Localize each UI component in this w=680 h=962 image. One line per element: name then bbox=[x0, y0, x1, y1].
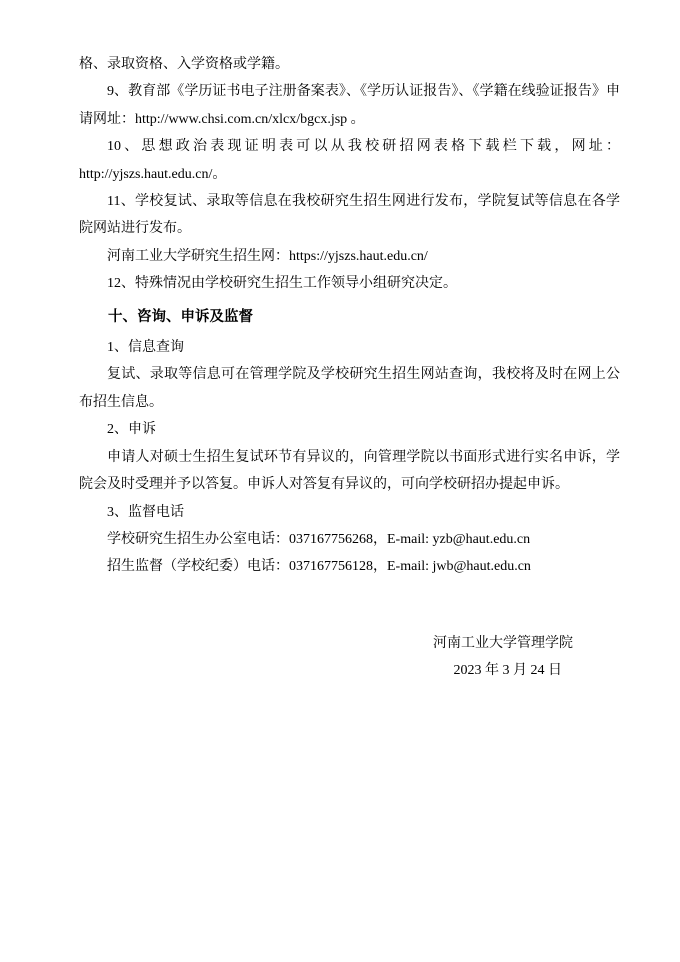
paragraph-info-query-body: 复试、录取等信息可在管理学院及学校研究生招生网站查询，我校将及时在网上公布招生信… bbox=[79, 361, 620, 416]
paragraph-item-10: 10、思想政治表现证明表可以从我校研招网表格下载栏下载，网址：http://yj… bbox=[79, 133, 620, 188]
paragraph-appeal-title: 2、申诉 bbox=[79, 416, 620, 443]
document-body: 格、录取资格、入学资格或学籍。 9、教育部《学历证书电子注册备案表》、《学历认证… bbox=[0, 0, 680, 685]
paragraph-item-11: 11、学校复试、录取等信息在我校研究生招生网进行发布，学院复试等信息在各学院网站… bbox=[79, 188, 620, 243]
paragraph-item-12: 12、特殊情况由学校研究生招生工作领导小组研究决定。 bbox=[79, 270, 620, 297]
document-page: 格、录取资格、入学资格或学籍。 9、教育部《学历证书电子注册备案表》、《学历认证… bbox=[0, 0, 680, 962]
paragraph-appeal-body: 申请人对硕士生招生复试环节有异议的，向管理学院以书面形式进行实名申诉，学院会及时… bbox=[79, 444, 620, 499]
paragraph-supervision-title: 3、监督电话 bbox=[79, 499, 620, 526]
section-heading-consultation: 十、咨询、申诉及监督 bbox=[79, 304, 620, 331]
paragraph-admissions-site: 河南工业大学研究生招生网：https://yjszs.haut.edu.cn/ bbox=[79, 243, 620, 270]
signature-organization: 河南工业大学管理学院 bbox=[79, 630, 620, 657]
paragraph-supervision-phone: 招生监督（学校纪委）电话：037167756128，E-mail: jwb@ha… bbox=[79, 553, 620, 580]
signature-block: 河南工业大学管理学院 2023 年 3 月 24 日 bbox=[79, 630, 620, 685]
signature-date: 2023 年 3 月 24 日 bbox=[79, 657, 620, 684]
paragraph-admissions-office-phone: 学校研究生招生办公室电话：037167756268，E-mail: yzb@ha… bbox=[79, 526, 620, 553]
paragraph-info-query-title: 1、信息查询 bbox=[79, 334, 620, 361]
paragraph-item-9: 9、教育部《学历证书电子注册备案表》、《学历认证报告》、《学籍在线验证报告》申请… bbox=[79, 78, 620, 133]
paragraph-continuation: 格、录取资格、入学资格或学籍。 bbox=[79, 51, 620, 78]
